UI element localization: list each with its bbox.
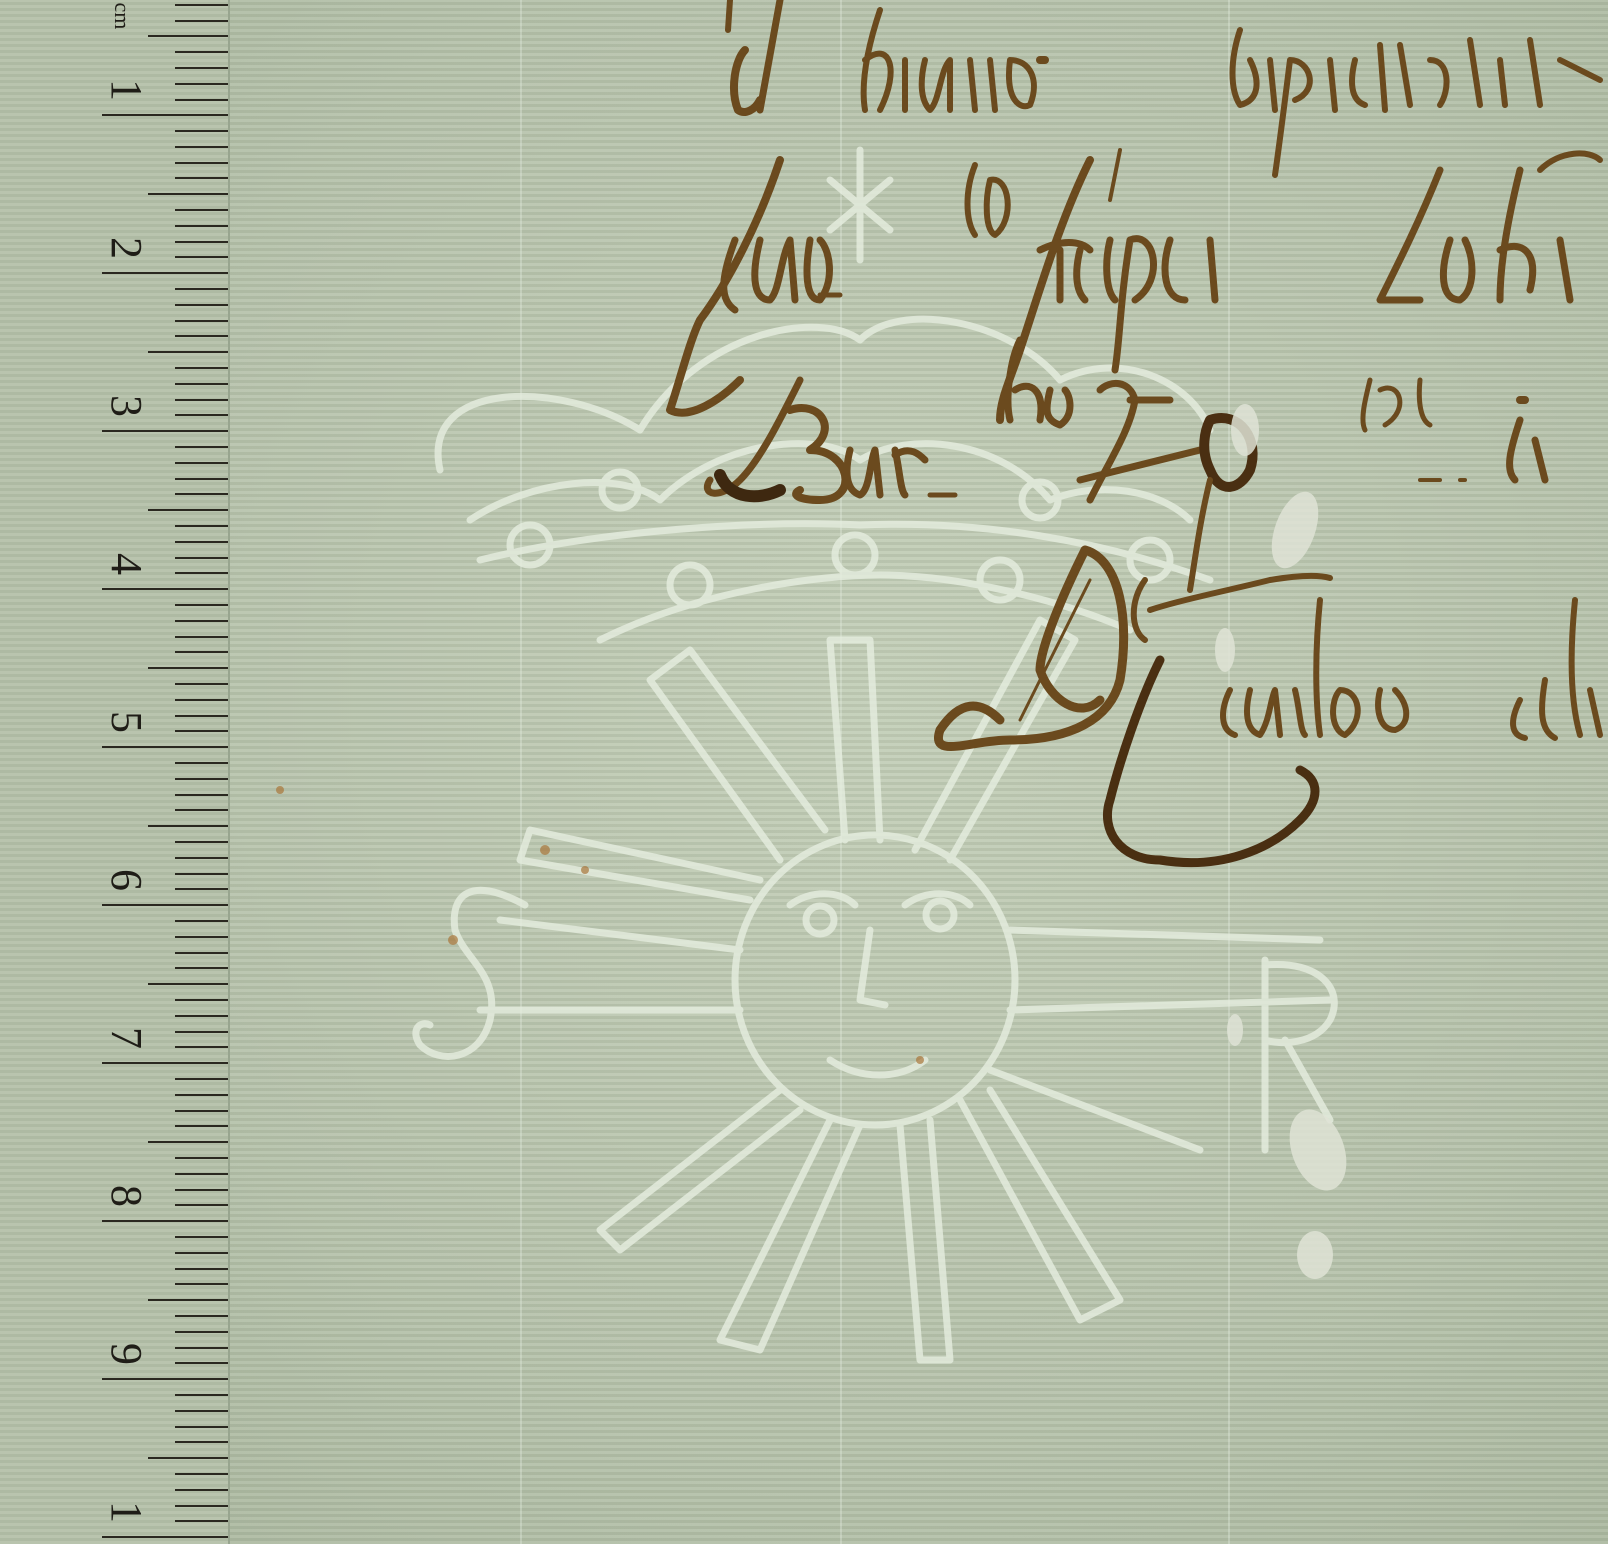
paper-flecks — [1215, 404, 1357, 1279]
ruler-label-1: 1 — [106, 60, 146, 120]
ruler-label-2: 2 — [106, 218, 146, 278]
ruler-label-3: 3 — [106, 376, 146, 436]
measurement-ruler: cm — [0, 0, 230, 1544]
manuscript-handwriting — [0, 0, 1608, 1544]
ruler-label-4: 4 — [106, 534, 146, 594]
ruler-mm-ticks — [175, 5, 228, 1521]
ruler-label-10: 1 — [106, 1482, 146, 1542]
ruler-label-7: 7 — [106, 1008, 146, 1068]
ruler-label-9: 9 — [106, 1324, 146, 1384]
foxing-spots — [276, 786, 1608, 1414]
photograph: cm — [0, 0, 1608, 1544]
ruler-label-8: 8 — [106, 1166, 146, 1226]
ruler-label-5: 5 — [106, 692, 146, 752]
ruler-label-6: 6 — [106, 850, 146, 910]
